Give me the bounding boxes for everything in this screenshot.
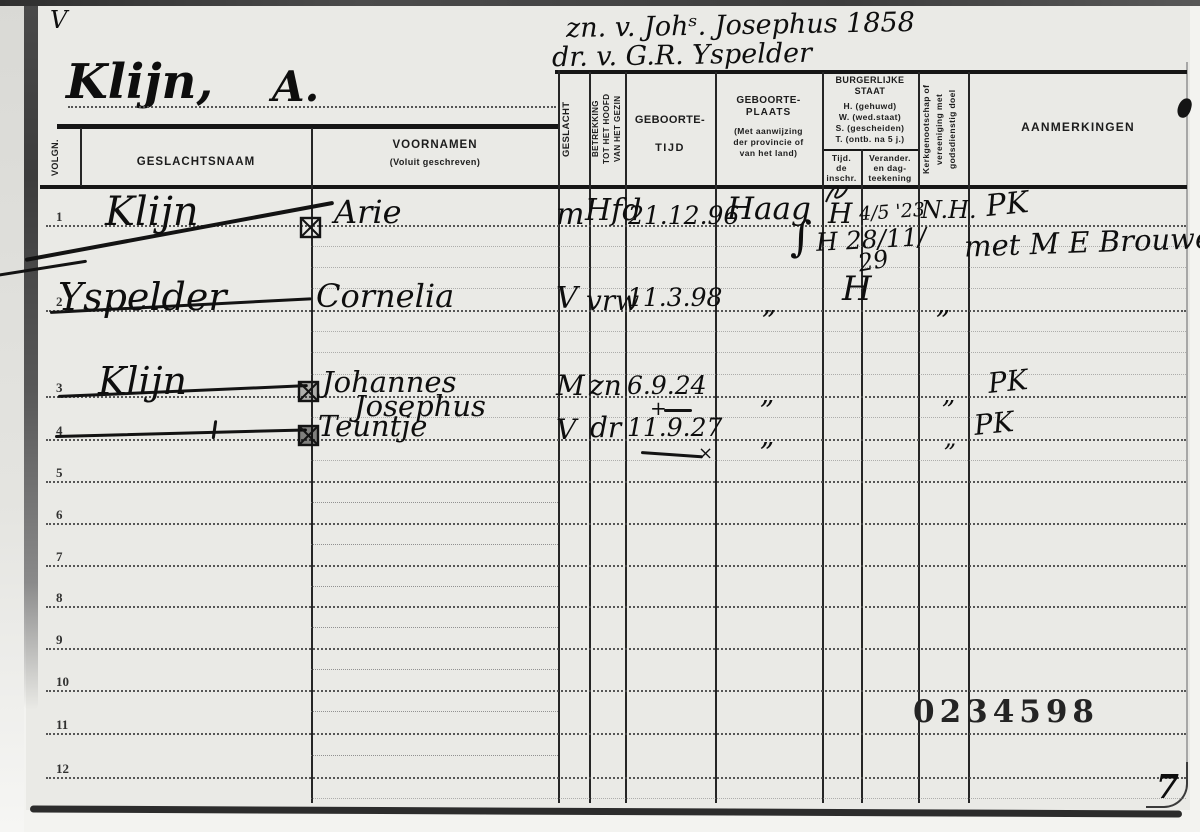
entry-marital-mark: H xyxy=(842,272,872,306)
header-geboorteplaats-l2: PLAATS xyxy=(717,106,820,119)
entry-relation: zn xyxy=(589,372,622,400)
entry-birthplace-ditto: „ xyxy=(760,422,775,450)
entry-birthdate: 11.3.98 xyxy=(627,285,722,310)
row-line: 5 xyxy=(46,481,1186,483)
continuation-line xyxy=(311,352,1186,353)
continuation-line xyxy=(311,669,558,670)
header-kerkgenootschap: Kerkgenootschap of vereeniging met godsd… xyxy=(920,74,966,184)
title-underline xyxy=(68,106,556,108)
card-left-edge xyxy=(24,0,38,710)
gezinskaart-scan: V zn. v. Johˢ. Josephus 1858 dr. v. G.R.… xyxy=(0,0,1200,832)
row-line: 6 xyxy=(46,523,1186,525)
row-number: 1 xyxy=(56,209,63,225)
check-mark: V xyxy=(50,8,67,32)
row-number: 12 xyxy=(56,761,69,777)
entry-sex: M xyxy=(556,372,585,400)
pen-stroke xyxy=(664,409,692,412)
entry-church-ditto: „ xyxy=(944,426,956,450)
entry-church-ditto: „ xyxy=(942,382,955,408)
header-geboortetijd-l1: GEBOORTE- xyxy=(627,112,713,128)
entry-church-ditto: „ xyxy=(936,290,951,318)
header-voornamen: VOORNAMEN xyxy=(313,136,557,154)
row-line: 7 xyxy=(46,565,1186,567)
row-line: 12 xyxy=(46,777,1186,779)
header-volgn: VOLGN. xyxy=(50,130,78,185)
header-betrekking: BETREKKING TOT HET HOOFD VAN HET GEZIN xyxy=(590,74,624,184)
continuation-line xyxy=(311,331,1186,332)
entry-sex: V xyxy=(556,416,576,444)
continuation-line xyxy=(311,798,1186,799)
row-line: 8 xyxy=(46,606,1186,608)
row-line: 9 xyxy=(46,648,1186,650)
entry-remark: PK xyxy=(985,188,1031,222)
entry-relation: dr xyxy=(590,414,621,442)
entry-church: N.H. xyxy=(921,198,977,222)
title-rule xyxy=(57,124,558,129)
continuation-line xyxy=(311,627,558,628)
entry-firstname: Arie xyxy=(334,196,402,228)
registration-stamp-icon xyxy=(299,216,322,239)
registration-number-stamp: 0234598 xyxy=(913,694,1099,730)
card-top-edge xyxy=(0,0,1200,6)
row-number: 5 xyxy=(56,465,63,481)
entry-firstname: Teuntje xyxy=(318,412,427,441)
entry-birthdate: 6.9.24 xyxy=(627,373,707,398)
entry-remark: PK xyxy=(973,408,1015,440)
continuation-line xyxy=(311,460,1186,461)
row-number: 11 xyxy=(56,717,68,733)
entry-marital-mark: H xyxy=(828,200,852,228)
deceased-mark: × xyxy=(698,445,713,463)
continuation-line xyxy=(311,711,558,712)
scan-margin xyxy=(0,0,24,832)
entry-surname: Yspelder xyxy=(58,278,227,316)
card-right-edge xyxy=(1186,62,1188,772)
row-line: 11 xyxy=(46,733,1186,735)
continuation-line xyxy=(311,267,1186,268)
entry-birthdate: 21.12.96 xyxy=(628,203,739,228)
entry-firstname: Cornelia xyxy=(316,280,454,312)
row-line: 10 xyxy=(46,690,1186,692)
registration-stamp-icon xyxy=(297,424,320,447)
row-number: 3 xyxy=(56,380,63,396)
entry-marital-date: 4/5 '23 xyxy=(858,201,925,225)
continuation-line xyxy=(311,755,558,756)
header-geboorteplaats-sub: (Met aanwijzing der provincie of van het… xyxy=(717,122,820,162)
row-number: 10 xyxy=(56,674,69,690)
entry-remark2: met M E Brouwer xyxy=(964,223,1200,261)
pen-flourish: ∫ xyxy=(790,216,812,258)
row-number: 6 xyxy=(56,507,63,523)
entry-birthplace-ditto: „ xyxy=(760,380,775,408)
row-number: 7 xyxy=(56,549,63,565)
entry-surname: Klijn xyxy=(98,362,187,400)
registration-stamp-icon xyxy=(297,380,320,403)
entry-birthdate: 11.9.27 xyxy=(627,415,722,440)
row-number: 9 xyxy=(56,632,63,648)
header-geslachtsnaam: GESLACHTSNAAM xyxy=(82,142,310,182)
header-geslacht: GESLACHT xyxy=(561,76,587,182)
continuation-line xyxy=(311,502,558,503)
header-burgerlijke-staat-codes: H. (gehuwd) W. (wed.staat) S. (gescheide… xyxy=(823,100,917,146)
row-number: 8 xyxy=(56,590,63,606)
header-geboortetijd-l2: TIJD xyxy=(627,140,713,156)
entry-sex: m xyxy=(556,200,584,230)
card-title-initial: A. xyxy=(272,66,319,108)
header-burgerlijke-staat: BURGERLIJKE STAAT xyxy=(823,74,917,98)
card-title-surname: Klijn, xyxy=(66,58,213,106)
annotation-father: zn. v. Johˢ. Josephus 1858 xyxy=(566,9,915,42)
header-top-rule xyxy=(555,70,1187,74)
header-verander-dagteekening: Verander. en dag- teekening xyxy=(862,151,918,185)
header-aanmerkingen: AANMERKINGEN xyxy=(970,118,1186,136)
annotation-mother: dr. v. G.R. Yspelder xyxy=(552,40,812,72)
continuation-line xyxy=(311,586,558,587)
entry-sex: V xyxy=(556,284,578,314)
entry-remark: PK xyxy=(987,366,1029,398)
entry-birthplace-ditto: „ xyxy=(762,290,777,318)
page-number: 7 xyxy=(1156,770,1179,803)
header-voornamen-sub: (Voluit geschreven) xyxy=(313,155,557,169)
continuation-line xyxy=(311,544,558,545)
entry-surname: Klijn xyxy=(105,192,199,232)
